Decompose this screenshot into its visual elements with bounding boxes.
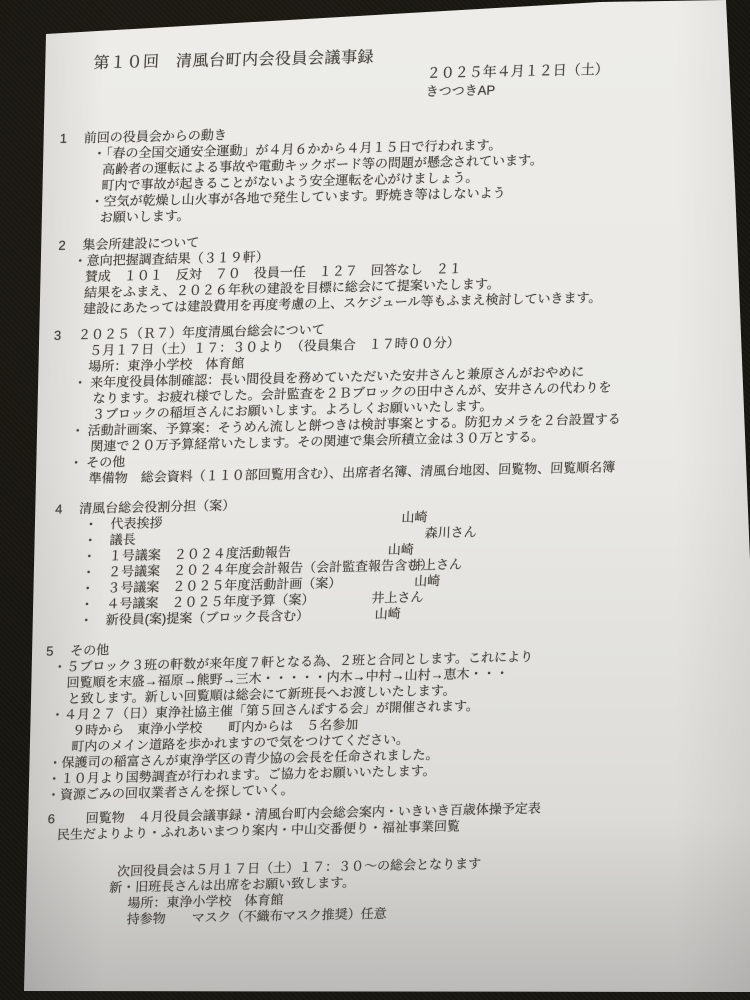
assignee-name: 井上さん bbox=[410, 557, 463, 574]
doc-venue: きつつきAP bbox=[425, 79, 608, 101]
doc-date-block: ２０２５年４月１２日（土） きつつきAP bbox=[425, 59, 609, 101]
bullet: ・ bbox=[82, 565, 96, 580]
section-6: 6 回覧物 ４月役員会議事録・清風台町内会総会案内・いきいき百歳体操予定表 民生… bbox=[21, 798, 668, 844]
assignee-name: 山崎 bbox=[401, 509, 428, 526]
section-number: 5 bbox=[46, 643, 61, 659]
assignee-name: 森川さん bbox=[424, 524, 477, 541]
bullet: ・ bbox=[80, 597, 94, 612]
bullet: ・ bbox=[79, 613, 93, 628]
role-label: 議長 bbox=[109, 532, 136, 548]
section-3: 3 ２０２５（Ｒ７）年度清風台総会について ５月１７日（土）１７：３０より （役… bbox=[38, 314, 691, 488]
assignee-name: 井上さん bbox=[371, 589, 424, 606]
role-label: 新役員(案)提案（ブロック長含む） bbox=[105, 608, 309, 627]
bullet: ・ bbox=[83, 549, 97, 564]
assignee-name: 山崎 bbox=[387, 542, 414, 559]
document-content: 第１０回 清風台町内会役員会議事録 ２０２５年４月１２日（土） きつつきAP 1… bbox=[16, 41, 705, 930]
section-2: 2 集会所建設について ・意向把握調査結果（３１９軒） 賛成 １０１ 反対 ７０… bbox=[47, 224, 696, 318]
section-4: 4 清風台総会役割分担（案） ・ 代表挨拶山崎 ・ 議長森川さん ・ １号議案 … bbox=[31, 488, 682, 630]
bullet: ・ bbox=[83, 533, 97, 548]
photo-background: 第１０回 清風台町内会役員会議事録 ２０２５年４月１２日（土） きつつきAP 1… bbox=[0, 0, 750, 1000]
section-number: 1 bbox=[59, 131, 74, 147]
section-title: その他 bbox=[70, 642, 110, 659]
section-1: 1 前回の役員会からの動き ・「春の全国交通安全運動」が４月６かから４月１５日で… bbox=[51, 117, 701, 227]
assignee-name: 山崎 bbox=[374, 606, 401, 623]
section-number: 2 bbox=[58, 238, 73, 254]
section-number: 3 bbox=[54, 328, 69, 344]
section-title: 回覧物 bbox=[85, 810, 125, 827]
section-number: 4 bbox=[55, 501, 70, 517]
role-label: 代表挨拶 bbox=[110, 515, 163, 531]
bullet: ・ bbox=[81, 581, 95, 596]
section-5: 5 その他 ・５ブロック３班の軒数が来年度７軒となる為、２班と合同とします。これ… bbox=[23, 630, 676, 804]
section-number: 6 bbox=[47, 811, 62, 827]
assignee-name: 山崎 bbox=[414, 573, 441, 590]
bullet: ・ bbox=[84, 517, 98, 532]
doc-date: ２０２５年４月１２日（土） bbox=[426, 59, 609, 83]
